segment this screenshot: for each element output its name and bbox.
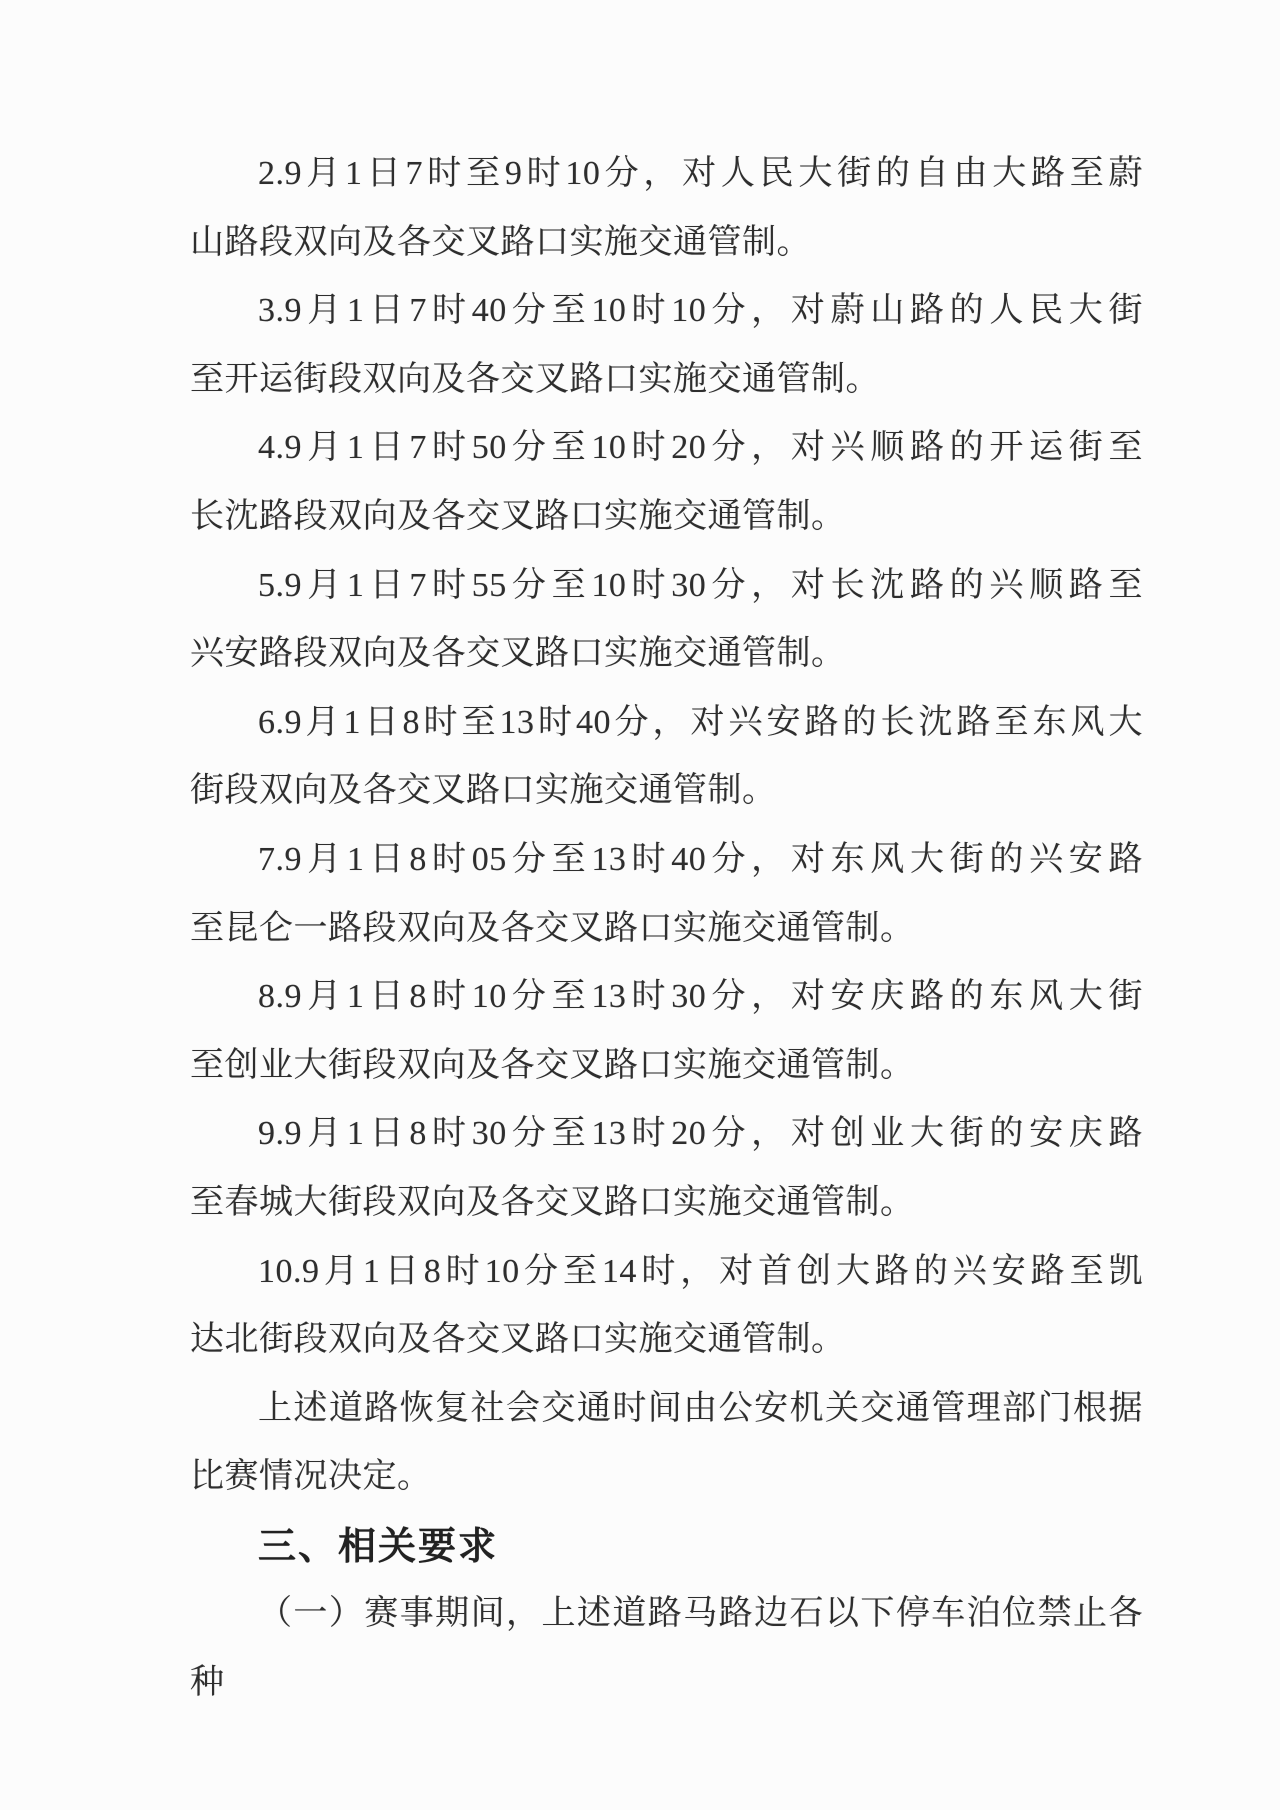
notice-line: 至昆仑一路段双向及各交叉路口实施交通管制。 xyxy=(190,895,1143,964)
notice-line: 长沈路段双向及各交叉路口实施交通管制。 xyxy=(190,483,1143,552)
notice-line: 5.9月1日7时55分至10时30分，对长沈路的兴顺路至 xyxy=(190,552,1143,621)
notice-line: 达北街段双向及各交叉路口实施交通管制。 xyxy=(190,1306,1143,1375)
notice-line: 山路段双向及各交叉路口实施交通管制。 xyxy=(190,209,1143,278)
notice-line: 10.9月1日8时10分至14时，对首创大路的兴安路至凯 xyxy=(190,1238,1143,1307)
notice-line: （一）赛事期间，上述道路马路边石以下停车泊位禁止各种 xyxy=(190,1580,1143,1649)
notice-line: 至创业大街段双向及各交叉路口实施交通管制。 xyxy=(190,1032,1143,1101)
notice-line: 兴安路段双向及各交叉路口实施交通管制。 xyxy=(190,620,1143,689)
notice-line: 至春城大街段双向及各交叉路口实施交通管制。 xyxy=(190,1169,1143,1238)
notice-line: 4.9月1日7时50分至10时20分，对兴顺路的开运街至 xyxy=(190,414,1143,483)
notice-line: 6.9月1日8时至13时40分，对兴安路的长沈路至东风大 xyxy=(190,689,1143,758)
notice-line: 比赛情况决定。 xyxy=(190,1443,1143,1512)
notice-line: 3.9月1日7时40分至10时10分，对蔚山路的人民大街 xyxy=(190,277,1143,346)
section-heading: 三、相关要求 xyxy=(190,1512,1143,1581)
notice-line: 2.9月1日7时至9时10分，对人民大街的自由大路至蔚 xyxy=(190,140,1143,209)
notice-line: 8.9月1日8时10分至13时30分，对安庆路的东风大街 xyxy=(190,963,1143,1032)
notice-line: 9.9月1日8时30分至13时20分，对创业大街的安庆路 xyxy=(190,1100,1143,1169)
notice-line: 至开运街段双向及各交叉路口实施交通管制。 xyxy=(190,346,1143,415)
notice-line: 街段双向及各交叉路口实施交通管制。 xyxy=(190,757,1143,826)
notice-line: 上述道路恢复社会交通时间由公安机关交通管理部门根据 xyxy=(190,1375,1143,1444)
document-page: 2.9月1日7时至9时10分，对人民大街的自由大路至蔚 山路段双向及各交叉路口实… xyxy=(0,0,1280,1810)
notice-line: 7.9月1日8时05分至13时40分，对东风大街的兴安路 xyxy=(190,826,1143,895)
notice-text-block: 2.9月1日7时至9时10分，对人民大街的自由大路至蔚 山路段双向及各交叉路口实… xyxy=(190,140,1143,1649)
